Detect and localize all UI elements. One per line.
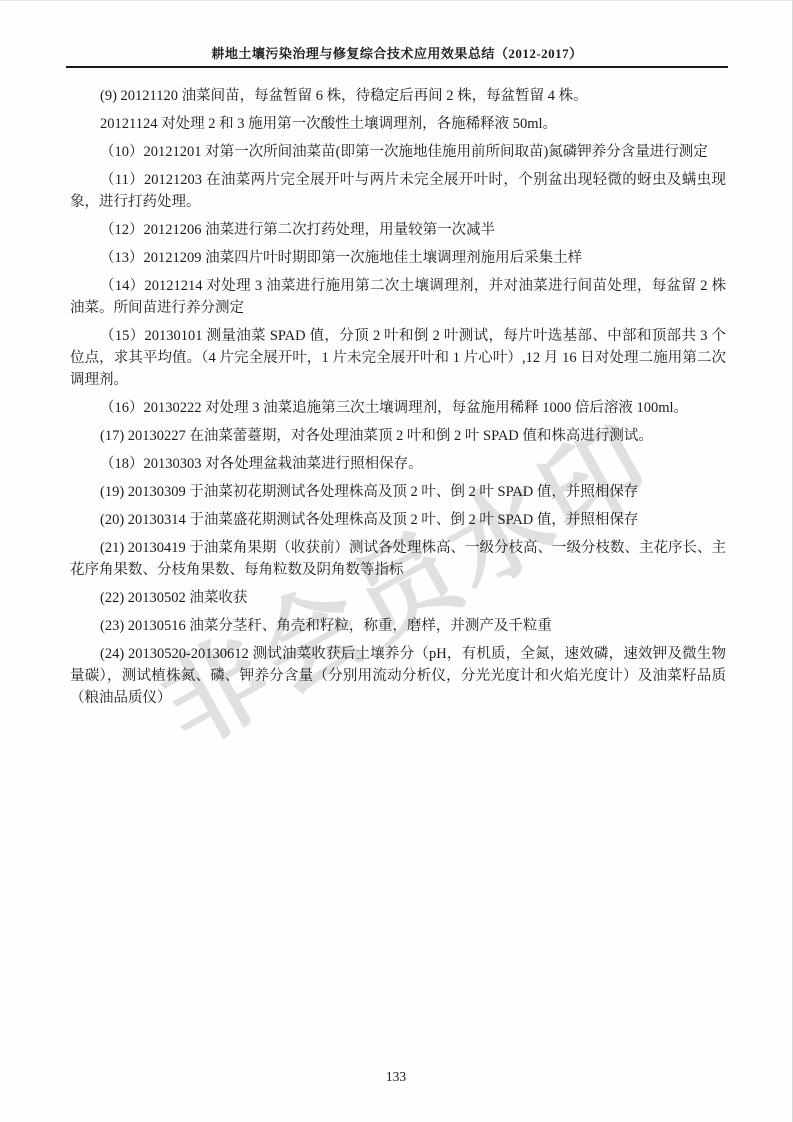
paragraph: （15）20130101 测量油菜 SPAD 值，分顶 2 叶和倒 2 叶测试，…: [70, 325, 726, 391]
paragraph: (9) 20121120 油菜间苗，每盆暂留 6 株，待稳定后再间 2 株，每盆…: [70, 85, 726, 107]
paragraph: (24) 20130520-20130612 测试油菜收获后土壤养分（pH，有机…: [70, 643, 726, 709]
header-title: 耕地土壤污染治理与修复综合技术应用效果总结（2012-2017）: [211, 46, 582, 61]
paragraph: (21) 20130419 于油菜角果期（收获前）测试各处理株高、一级分枝高、一…: [70, 537, 726, 581]
paragraph: 20121124 对处理 2 和 3 施用第一次酸性土壤调理剂，各施稀释液 50…: [70, 113, 726, 135]
paragraph: (20) 20130314 于油菜盛花期测试各处理株高及顶 2 叶、倒 2 叶 …: [70, 509, 726, 531]
paragraph: （12）20121206 油菜进行第二次打药处理，用量较第一次减半: [70, 219, 726, 241]
paragraph: （13）20121209 油菜四片叶时期即第一次施地佳土壤调理剂施用后采集土样: [70, 247, 726, 269]
paragraph: (22) 20130502 油菜收获: [70, 587, 726, 609]
document-page: 耕地土壤污染治理与修复综合技术应用效果总结（2012-2017） 非会员水印 (…: [0, 0, 793, 1122]
paragraph: （10）20121201 对第一次所间油菜苗(即第一次施地佳施用前所间取苗)氮磷…: [70, 141, 726, 163]
paragraph: (19) 20130309 于油菜初花期测试各处理株高及顶 2 叶、倒 2 叶 …: [70, 481, 726, 503]
paragraph: （14）20121214 对处理 3 油菜进行施用第二次土壤调理剂，并对油菜进行…: [70, 275, 726, 319]
page-number: 133: [0, 1069, 792, 1085]
paragraph: (23) 20130516 油菜分茎秆、角壳和籽粒，称重，磨样，并测产及千粒重: [70, 615, 726, 637]
body-text: (9) 20121120 油菜间苗，每盆暂留 6 株，待稳定后再间 2 株，每盆…: [70, 85, 726, 715]
paragraph: （11）20121203 在油菜两片完全展开叶与两片未完全展开叶时，个别盆出现轻…: [70, 169, 726, 213]
paragraph: (17) 20130227 在油菜蕾薹期，对各处理油菜顶 2 叶和倒 2 叶 S…: [70, 425, 726, 447]
running-header: 耕地土壤污染治理与修复综合技术应用效果总结（2012-2017）: [66, 43, 728, 68]
paragraph: （18）20130303 对各处理盆栽油菜进行照相保存。: [70, 453, 726, 475]
paragraph: （16）20130222 对处理 3 油菜追施第三次土壤调理剂，每盆施用稀释 1…: [70, 397, 726, 419]
